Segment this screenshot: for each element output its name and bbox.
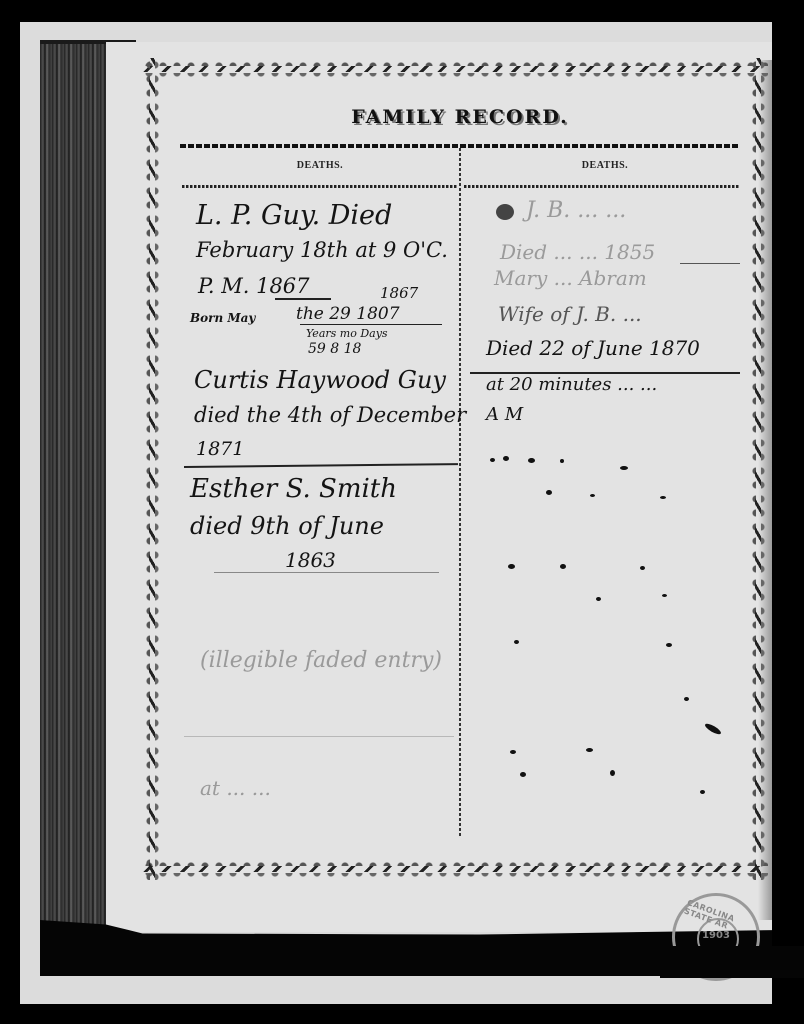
entry-line: L. P. Guy. Died: [196, 202, 392, 229]
speck: [666, 643, 672, 647]
border-left: [142, 58, 162, 880]
speck: [586, 748, 593, 752]
entry-line: 1863: [285, 550, 336, 570]
speck: [528, 458, 535, 463]
speck: [508, 564, 515, 569]
faint-rule: [184, 736, 454, 737]
calc-result: 59 8 18: [308, 342, 361, 356]
entry-line: at ... ...: [200, 778, 271, 798]
ink-blot: [496, 204, 514, 220]
ornamental-border: [142, 58, 768, 880]
born-label: Born May: [190, 312, 255, 324]
speck: [514, 640, 519, 644]
entry-line: Died 22 of June 1870: [486, 338, 700, 358]
entry-line: A M: [486, 406, 523, 424]
speck: [546, 490, 552, 495]
speck: [560, 564, 566, 569]
speck: [596, 597, 601, 601]
speck: [560, 459, 564, 463]
speck: [610, 770, 615, 776]
entry-line: 1871: [196, 440, 244, 459]
speck: [490, 458, 495, 462]
speck: [662, 594, 667, 597]
page-title: FAMILY RECORD.: [180, 106, 740, 128]
entry-line: P. M. 1867: [198, 276, 310, 297]
entry-line: (illegible faded entry): [200, 650, 442, 672]
faint-rule: [214, 572, 439, 573]
bottom-black-band: [660, 946, 804, 978]
calc-top: 1867: [380, 286, 418, 301]
born-value: the 29 1807: [296, 306, 400, 323]
entry-line: Wife of J. B. ...: [498, 304, 642, 324]
entry-line: Esther S. Smith: [190, 476, 397, 502]
border-top: [142, 58, 768, 80]
column-header-left: DEATHS.: [185, 160, 455, 171]
header-rule-right: [464, 185, 740, 188]
speck: [660, 496, 666, 499]
entry-line: Mary ... Abram: [494, 268, 647, 288]
faint-rule: [680, 263, 740, 264]
stamp-year: 1903: [675, 930, 757, 941]
calc-header: Years mo Days: [306, 328, 388, 339]
speck: [684, 697, 689, 701]
speck: [590, 494, 595, 497]
speck: [640, 566, 645, 570]
entry-line: February 18th at 9 O'C.: [196, 240, 448, 261]
entry-line: Died ... ... 1855: [500, 242, 655, 262]
calc-rule: [300, 324, 442, 325]
speck: [700, 790, 705, 794]
header-rule-left: [182, 185, 457, 188]
speck: [503, 456, 509, 461]
entry-line: J. B. ... ...: [526, 200, 626, 222]
speck: [510, 750, 516, 754]
column-header-right: DEATHS.: [470, 160, 740, 171]
entry-line: Curtis Haywood Guy: [194, 368, 446, 392]
border-right: [748, 58, 768, 880]
entry-line: died the 4th of December: [194, 405, 466, 426]
underline: [275, 298, 331, 300]
book-page-edges: [40, 40, 106, 930]
speck: [620, 466, 628, 470]
border-bottom: [142, 858, 768, 880]
column-divider: [459, 148, 461, 838]
speck: [520, 772, 526, 777]
entry-line: died 9th of June: [190, 514, 384, 538]
entry-line: at 20 minutes ... ...: [486, 376, 657, 394]
